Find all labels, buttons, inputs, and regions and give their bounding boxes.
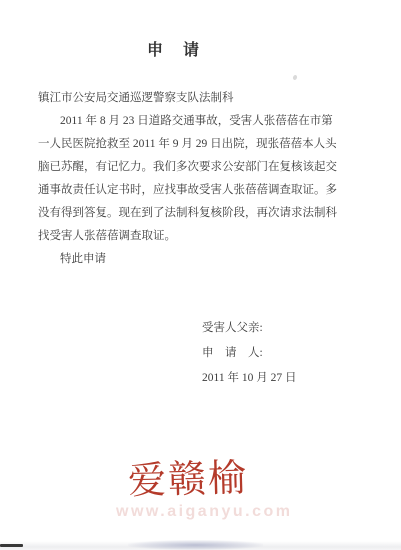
applicant-label: 申 请 人:: [202, 341, 296, 366]
body-line-5: 没有得到答复。现在到了法制科复核阶段，再次请求法制科: [38, 202, 328, 225]
recipient-line: 镇江市公安局交通巡逻警察支队法制科: [38, 87, 328, 110]
signer-relation-label: 受害人父亲:: [202, 316, 296, 341]
body-line-6: 找受害人张蓓蓓调查取证。: [38, 225, 328, 248]
scan-speck-artifact: [292, 74, 297, 80]
closing-line: 特此申请: [38, 248, 328, 271]
document-body: 镇江市公安局交通巡逻警察支队法制科 2011 年 8 月 23 日道路交通事故，…: [38, 87, 328, 271]
signature-date: 2011 年 10 月 27 日: [202, 366, 296, 391]
document-title: 申 请: [38, 42, 310, 59]
red-calligraphy-stamp: 爱赣榆: [127, 454, 248, 505]
scan-bottom-dash-artifact: [0, 544, 23, 547]
scan-bottom-smudge-artifact: [128, 540, 263, 550]
body-line-4: 通事故责任认定书时，应找事故受害人张蓓蓓调查取证。多: [38, 179, 328, 202]
body-line-3: 脑已苏醒，有记忆力。我们多次要求公安部门在复核该起交: [38, 156, 328, 179]
scanned-application-document: 申 请 镇江市公安局交通巡逻警察支队法制科 2011 年 8 月 23 日道路交…: [0, 0, 401, 550]
body-line-1: 2011 年 8 月 23 日道路交通事故，受害人张蓓蓓在市第: [38, 110, 328, 133]
site-watermark: www.aiganyu.com: [116, 503, 293, 521]
body-line-2: 一人民医院抢救至 2011 年 9 月 29 日出院，现张蓓蓓本人头: [38, 133, 328, 156]
signature-block: 受害人父亲: 申 请 人: 2011 年 10 月 27 日: [202, 316, 296, 391]
